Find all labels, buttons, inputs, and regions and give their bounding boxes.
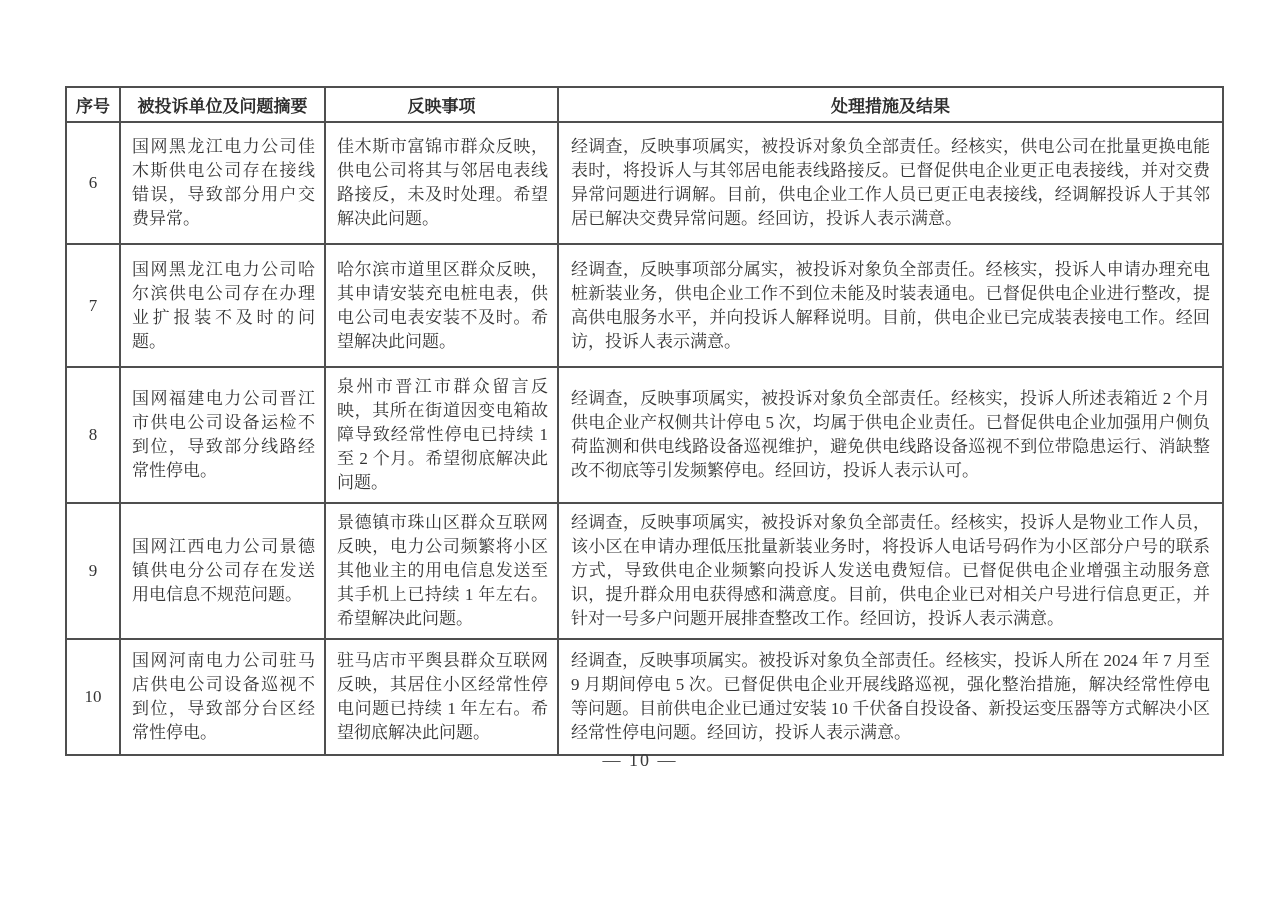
row-number-cell: 10 [66,639,120,755]
issue-cell: 驻马店市平舆县群众互联网反映，其居住小区经常性停电问题已持续 1 年左右。希望彻… [325,639,558,755]
table-row: 10 国网河南电力公司驻马店供电公司设备巡视不到位，导致部分台区经常性停电。 驻… [66,639,1223,755]
row-number-cell: 8 [66,367,120,503]
issue-cell: 泉州市晋江市群众留言反映，其所在街道因变电箱故障导致经常性停电已持续 1 至 2… [325,367,558,503]
result-cell: 经调查，反映事项属实，被投诉对象负全部责任。经核实，投诉人是物业工作人员，该小区… [558,503,1223,639]
issue-cell: 哈尔滨市道里区群众反映，其申请安装充电桩电表，供电公司电表安装不及时。希望解决此… [325,244,558,367]
table-row: 7 国网黑龙江电力公司哈尔滨供电公司存在办理业扩报装不及时的问题。 哈尔滨市道里… [66,244,1223,367]
table-header-no: 序号 [66,87,120,122]
result-cell: 经调查，反映事项属实，被投诉对象负全部责任。经核实，投诉人所述表箱近 2 个月供… [558,367,1223,503]
unit-summary-cell: 国网黑龙江电力公司哈尔滨供电公司存在办理业扩报装不及时的问题。 [120,244,325,367]
table-row: 8 国网福建电力公司晋江市供电公司设备运检不到位，导致部分线路经常性停电。 泉州… [66,367,1223,503]
page-number: — 10 — [0,750,1280,771]
table-header-row: 序号 被投诉单位及问题摘要 反映事项 处理措施及结果 [66,87,1223,122]
complaints-table: 序号 被投诉单位及问题摘要 反映事项 处理措施及结果 6 国网黑龙江电力公司佳木… [65,86,1224,756]
result-cell: 经调查，反映事项属实，被投诉对象负全部责任。经核实，供电公司在批量更换电能表时，… [558,122,1223,244]
row-number-cell: 6 [66,122,120,244]
table-row: 6 国网黑龙江电力公司佳木斯供电公司存在接线错误，导致部分用户交费异常。 佳木斯… [66,122,1223,244]
unit-summary-cell: 国网福建电力公司晋江市供电公司设备运检不到位，导致部分线路经常性停电。 [120,367,325,503]
unit-summary-cell: 国网黑龙江电力公司佳木斯供电公司存在接线错误，导致部分用户交费异常。 [120,122,325,244]
issue-cell: 佳木斯市富锦市群众反映，供电公司将其与邻居电表线路接反，未及时处理。希望解决此问… [325,122,558,244]
unit-summary-cell: 国网江西电力公司景德镇供电分公司存在发送用电信息不规范问题。 [120,503,325,639]
result-cell: 经调查，反映事项部分属实，被投诉对象负全部责任。经核实，投诉人申请办理充电桩新装… [558,244,1223,367]
result-cell: 经调查，反映事项属实。被投诉对象负全部责任。经核实，投诉人所在 2024 年 7… [558,639,1223,755]
issue-cell: 景德镇市珠山区群众互联网反映，电力公司频繁将小区其他业主的用电信息发送至其手机上… [325,503,558,639]
table-header-issue: 反映事项 [325,87,558,122]
table-header-result: 处理措施及结果 [558,87,1223,122]
unit-summary-cell: 国网河南电力公司驻马店供电公司设备巡视不到位，导致部分台区经常性停电。 [120,639,325,755]
table-header-unit-summary: 被投诉单位及问题摘要 [120,87,325,122]
table-row: 9 国网江西电力公司景德镇供电分公司存在发送用电信息不规范问题。 景德镇市珠山区… [66,503,1223,639]
row-number-cell: 9 [66,503,120,639]
document-page: 序号 被投诉单位及问题摘要 反映事项 处理措施及结果 6 国网黑龙江电力公司佳木… [0,0,1280,904]
row-number-cell: 7 [66,244,120,367]
